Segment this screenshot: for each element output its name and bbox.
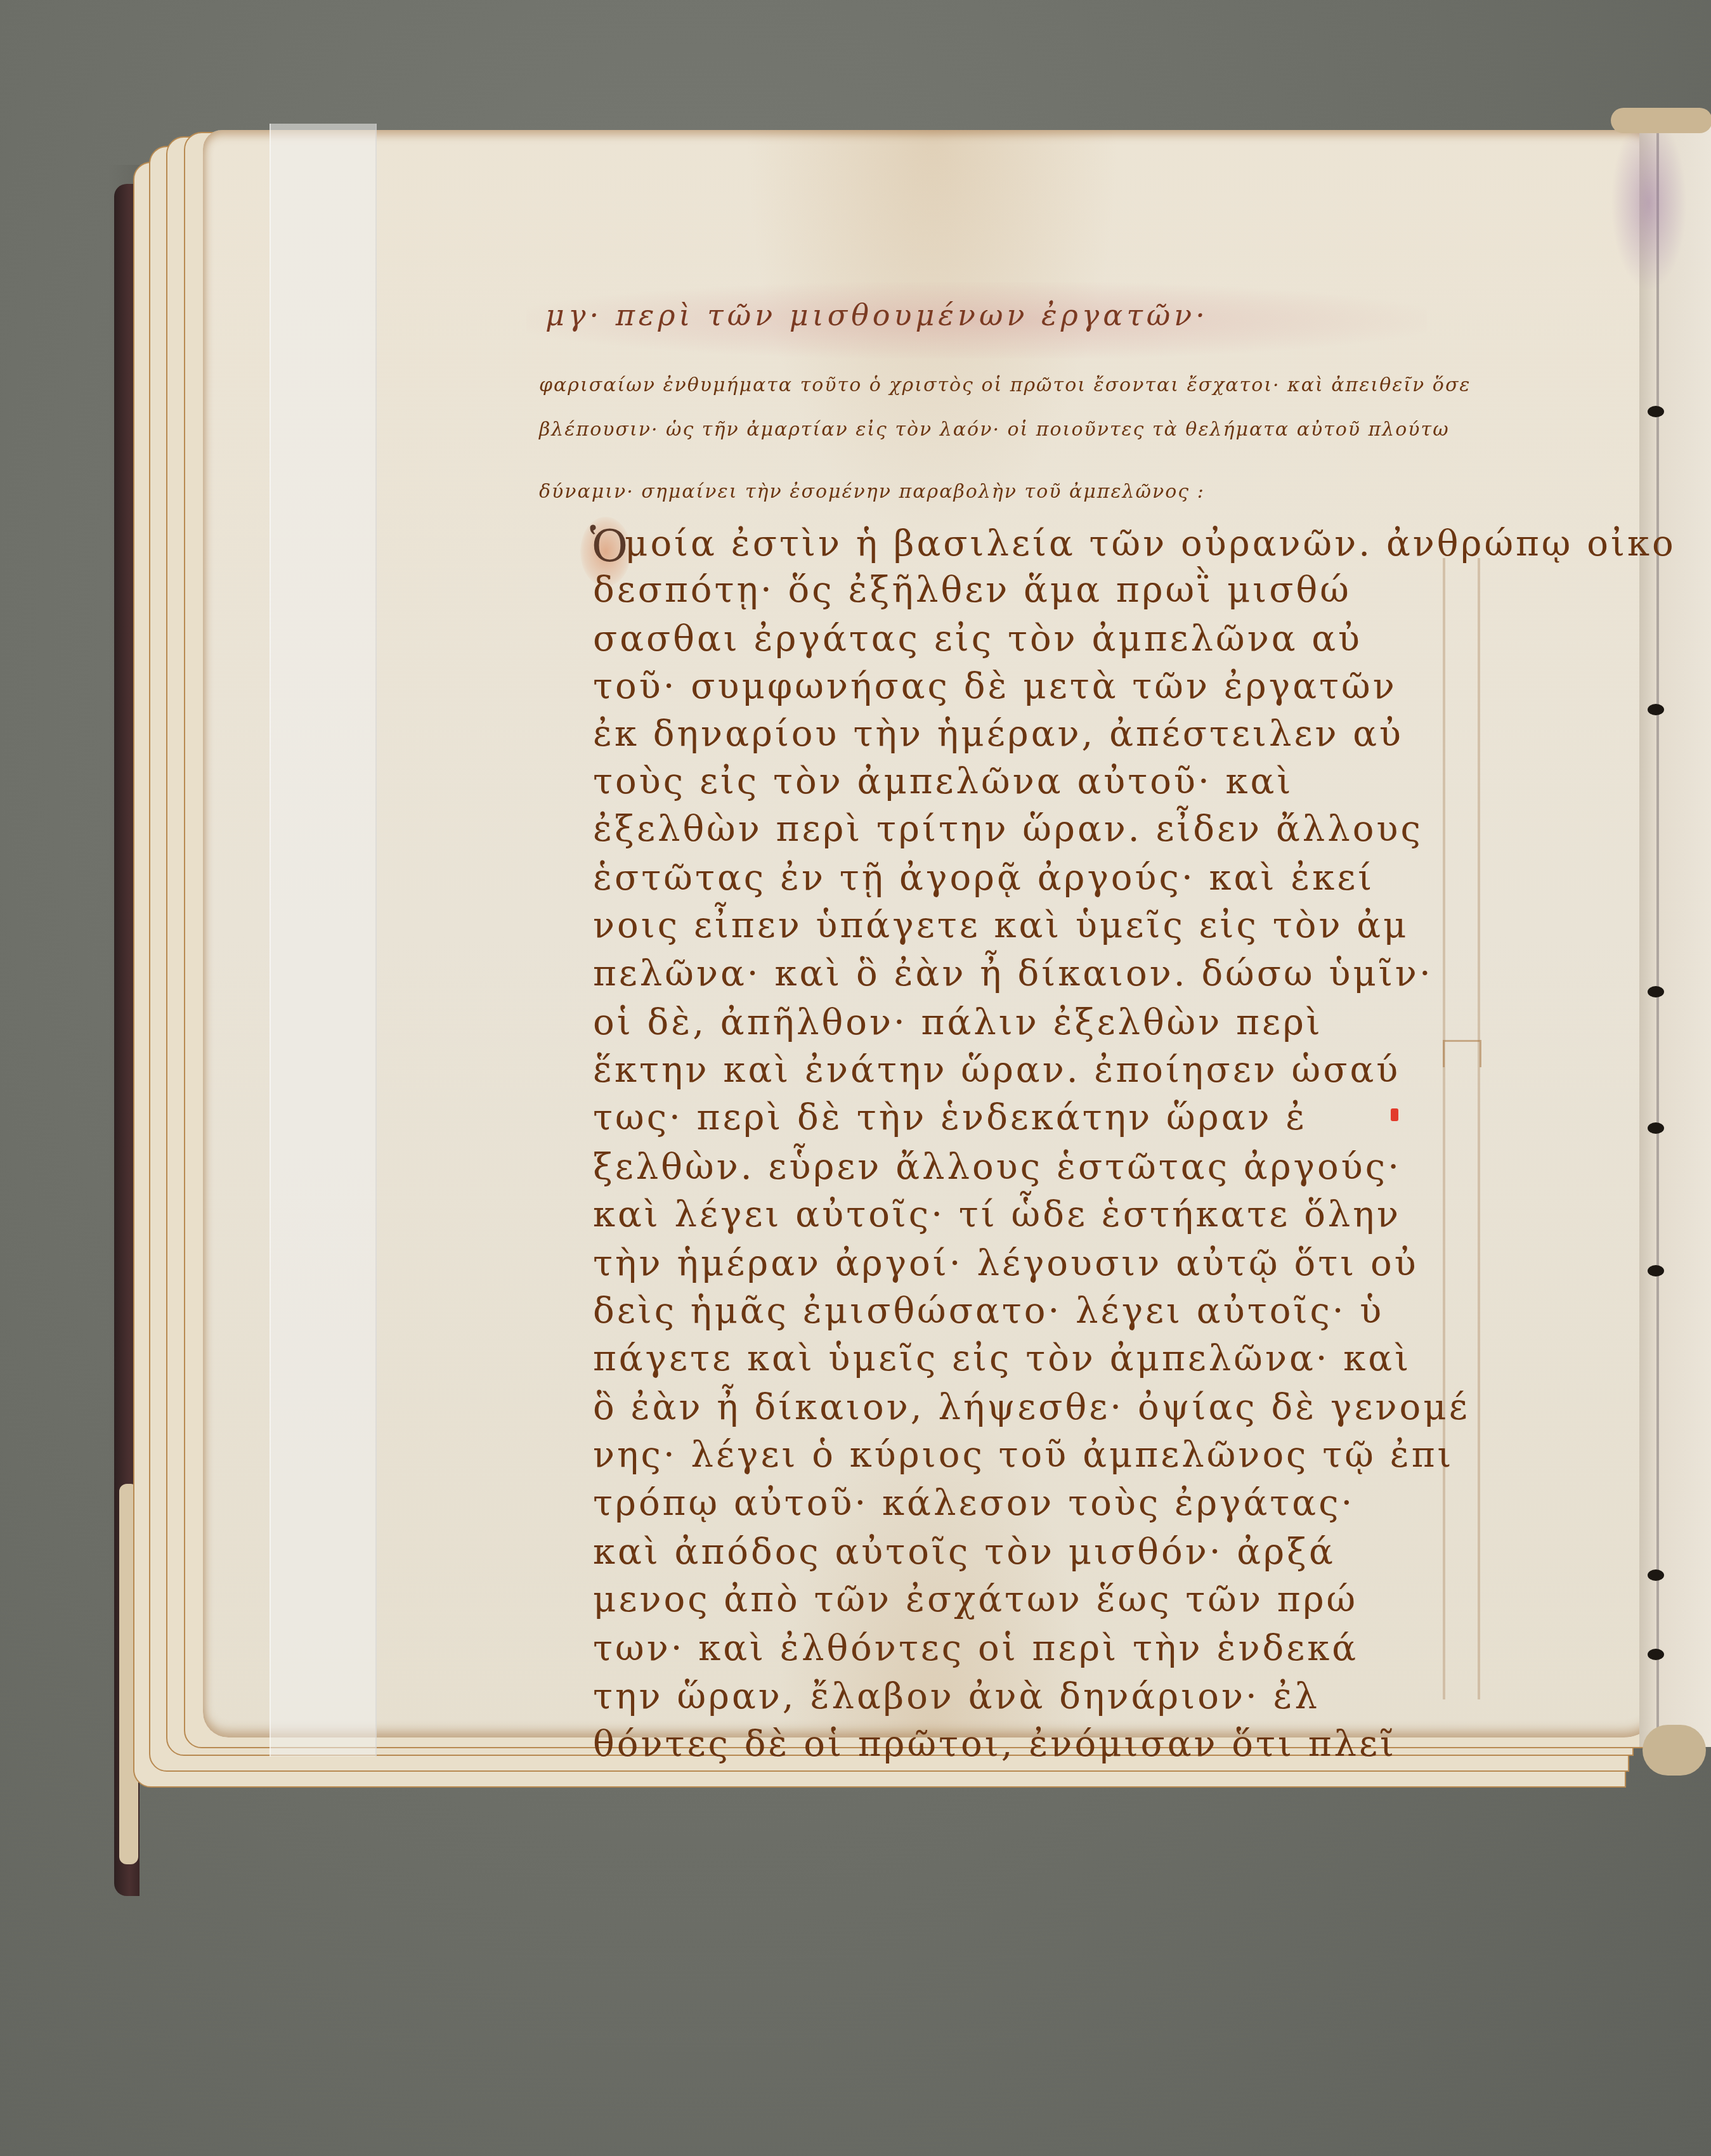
sewing-thread-bottom xyxy=(1643,1725,1706,1776)
text-line: καὶ ἀπόδος αὐτοῖς τὸν μισθόν· ἀρξά xyxy=(593,1531,1336,1573)
text-line: θόντες δὲ οἱ πρῶτοι, ἐνόμισαν ὅτι πλεῖ xyxy=(593,1724,1396,1765)
text-line: τοὺς εἰς τὸν ἀμπελῶνα αὐτοῦ· καὶ xyxy=(593,761,1293,802)
text-line: ἐκ δηναρίου τὴν ἡμέραν, ἀπέστειλεν αὐ xyxy=(593,713,1403,755)
sewing-hole xyxy=(1648,986,1664,997)
text-line: ὃ ἐὰν ἦ δίκαιον, λήψεσθε· ὀψίας δὲ γενομ… xyxy=(593,1387,1470,1428)
text-line: ἕκτην καὶ ἐνάτην ὥραν. ἐποίησεν ὡσαύ xyxy=(593,1049,1400,1091)
text-line: σασθαι ἐργάτας εἰς τὸν ἀμπελῶνα αὐ xyxy=(593,618,1362,659)
ruling-line xyxy=(1478,558,1480,1699)
gutter-facing-page xyxy=(1639,124,1711,1747)
purple-stain xyxy=(1611,114,1687,292)
text-line: νης· λέγει ὁ κύριος τοῦ ἀμπελῶνος τῷ ἐπι xyxy=(593,1434,1454,1476)
prologue-line: βλέπουσιν· ὡς τῆν ἀμαρτίαν εἰς τὸν λαόν·… xyxy=(539,419,1450,441)
sewing-hole xyxy=(1648,1569,1664,1581)
sewing-hole xyxy=(1648,704,1664,715)
ruling-mark xyxy=(1443,1040,1481,1067)
prologue-line: φαρισαίων ἐνθυμήματα τοῦτο ὁ χριστὸς οἱ … xyxy=(539,374,1471,396)
red-rubric-mark xyxy=(1391,1108,1398,1121)
ruling-line xyxy=(1443,558,1445,1699)
text-line: τοῦ· συμφωνήσας δὲ μετὰ τῶν ἐργατῶν xyxy=(593,666,1397,707)
spine-fold xyxy=(1656,127,1659,1744)
text-line: νοις εἶπεν ὑπάγετε καὶ ὑμεῖς εἰς τὸν ἀμ xyxy=(593,905,1408,946)
text-line: καὶ λέγει αὐτοῖς· τί ὧδε ἑστήκατε ὅλην xyxy=(593,1194,1401,1235)
text-line: ξελθὼν. εὗρεν ἄλλους ἑστῶτας ἀργούς· xyxy=(593,1146,1402,1188)
sewing-hole xyxy=(1648,1265,1664,1276)
chapter-title: μγ· περὶ τῶν μισθουμένων ἐργατῶν· xyxy=(545,298,1209,332)
text-line: πάγετε καὶ ὑμεῖς εἰς τὸν ἀμπελῶνα· καὶ xyxy=(593,1338,1411,1379)
sewing-hole xyxy=(1648,1122,1664,1134)
text-line: δεσπότῃ· ὅς ἐξῆλθεν ἅμα πρωῒ μισθώ xyxy=(593,569,1351,611)
text-line: πελῶνα· καὶ ὃ ἐὰν ἦ δίκαιον. δώσω ὑμῖν· xyxy=(593,953,1433,994)
sewing-thread-top xyxy=(1611,108,1711,133)
decorated-initial: Ὁ xyxy=(590,520,628,572)
sewing-hole xyxy=(1648,1649,1664,1660)
text-line: μενος ἀπὸ τῶν ἐσχάτων ἕως τῶν πρώ xyxy=(593,1579,1358,1620)
prologue-line: δύναμιν· σημαίνει τὴν ἐσομένην παραβολὴν… xyxy=(539,481,1205,503)
text-line: τρόπῳ αὐτοῦ· κάλεσον τοὺς ἐργάτας· xyxy=(593,1483,1355,1524)
text-line: οἱ δὲ, ἀπῆλθον· πάλιν ἐξελθὼν περὶ xyxy=(593,1002,1323,1043)
text-line: τως· περὶ δὲ τὴν ἑνδεκάτην ὥραν ἐ xyxy=(593,1097,1307,1138)
conservation-tape xyxy=(270,124,377,1757)
text-line: ἑστῶτας ἐν τῇ ἀγορᾷ ἀργούς· καὶ ἐκεί xyxy=(593,857,1374,899)
text-line: των· καὶ ἐλθόντες οἱ περὶ τὴν ἑνδεκά xyxy=(593,1628,1358,1669)
text-line: δεὶς ἡμᾶς ἐμισθώσατο· λέγει αὐτοῖς· ὑ xyxy=(593,1290,1384,1332)
text-line: τὴν ἡμέραν ἀργοί· λέγουσιν αὐτῷ ὅτι οὐ xyxy=(593,1243,1419,1284)
text-line: την ὥραν, ἔλαβον ἀνὰ δηνάριον· ἐλ xyxy=(593,1676,1320,1717)
text-line: μοία ἐστὶν ἡ βασιλεία τῶν οὐρανῶν. ἀνθρώ… xyxy=(625,523,1676,564)
text-line: ἐξελθὼν περὶ τρίτην ὥραν. εἶδεν ἄλλους xyxy=(593,808,1423,850)
sewing-hole xyxy=(1648,406,1664,417)
